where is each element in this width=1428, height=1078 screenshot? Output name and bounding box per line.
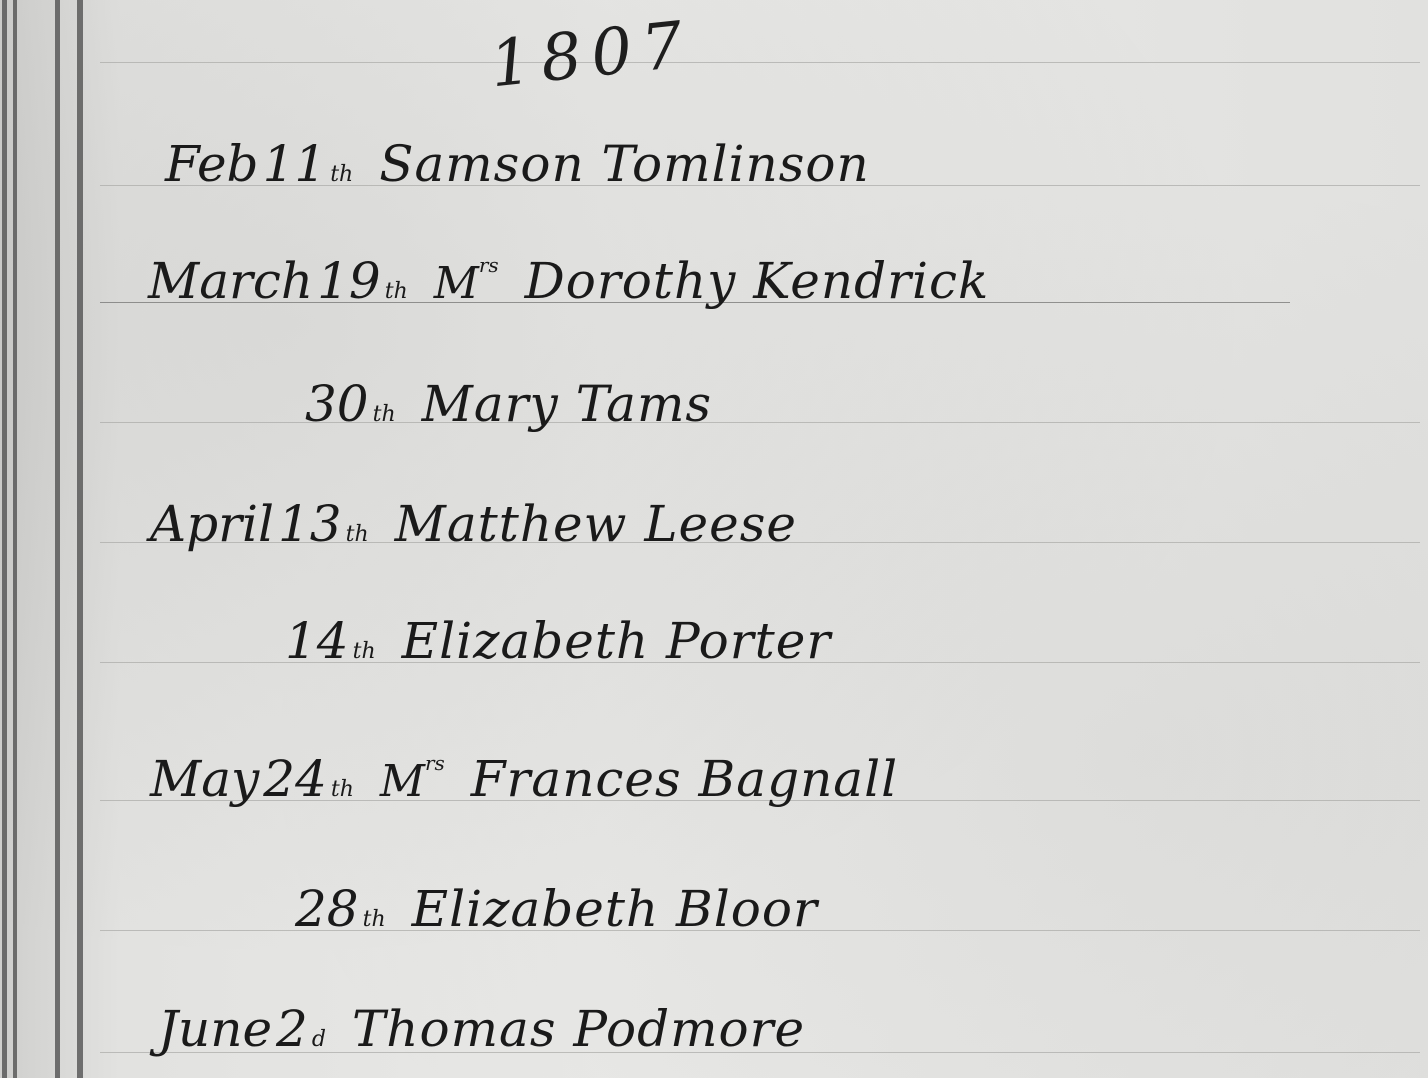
entry-name: Dorothy Kendrick: [525, 252, 990, 310]
register-entry: May 24th Mrs Frances Bagnall: [150, 750, 898, 808]
register-entry: 28th Elizabeth Bloor: [295, 880, 818, 938]
entry-day: 24: [263, 750, 327, 808]
margin-rule: [13, 0, 17, 1078]
entry-name: Elizabeth Bloor: [412, 880, 818, 938]
register-entry: 30th Mary Tams: [305, 375, 712, 433]
margin-rule: [55, 0, 60, 1078]
entry-date: May 24th: [150, 750, 354, 808]
entry-name: Elizabeth Porter: [402, 612, 832, 670]
year-heading: 1807: [487, 8, 696, 103]
entry-month: Feb: [165, 135, 259, 193]
ruled-line: [100, 62, 1420, 63]
entry-date: March 19th: [148, 252, 408, 310]
entry-name: Thomas Podmore: [352, 1000, 805, 1058]
entry-day: 11: [263, 135, 327, 193]
entry-date: 30th: [305, 375, 396, 433]
entry-date: 14th: [285, 612, 376, 670]
ruled-line: [100, 422, 1420, 423]
entry-date: 28th: [295, 880, 386, 938]
entry-day: 19: [317, 252, 381, 310]
register-entry: June 2d Thomas Podmore: [158, 1000, 805, 1058]
entry-name: Matthew Leese: [395, 495, 797, 553]
entry-day-suffix: th: [363, 907, 386, 932]
entry-title: Mrs: [380, 751, 445, 807]
entry-day: 28: [295, 880, 359, 938]
entry-day: 2: [276, 1000, 308, 1058]
entry-day-suffix: th: [346, 522, 369, 547]
register-page: 1807 Feb 11th Samson Tomlinson March 19t…: [0, 0, 1428, 1078]
register-entry: 14th Elizabeth Porter: [285, 612, 831, 670]
entry-name: Samson Tomlinson: [379, 135, 869, 193]
entry-title: Mrs: [434, 253, 499, 309]
entry-date: June 2d: [158, 1000, 326, 1058]
register-entry: March 19th Mrs Dorothy Kendrick: [148, 252, 989, 310]
entry-day: 13: [278, 495, 342, 553]
margin-rule: [2, 0, 7, 1078]
entry-day: 30: [305, 375, 369, 433]
entry-day-suffix: th: [330, 162, 353, 187]
register-entry: April 13th Matthew Leese: [150, 495, 797, 553]
register-entry: Feb 11th Samson Tomlinson: [165, 135, 870, 193]
entry-day-suffix: th: [373, 402, 396, 427]
margin-rule: [77, 0, 83, 1078]
entry-month: March: [148, 252, 313, 310]
entry-day: 14: [285, 612, 349, 670]
entry-month: May: [150, 750, 259, 808]
entry-month: June: [158, 1000, 272, 1058]
entry-day-suffix: d: [312, 1027, 326, 1052]
entry-day-suffix: th: [385, 279, 408, 304]
entry-name: Mary Tams: [422, 375, 712, 433]
entry-day-suffix: th: [353, 639, 376, 664]
entry-day-suffix: th: [331, 777, 354, 802]
entry-date: April 13th: [150, 495, 369, 553]
entry-date: Feb 11th: [165, 135, 353, 193]
entry-month: April: [150, 495, 274, 553]
entry-name: Frances Bagnall: [471, 750, 898, 808]
